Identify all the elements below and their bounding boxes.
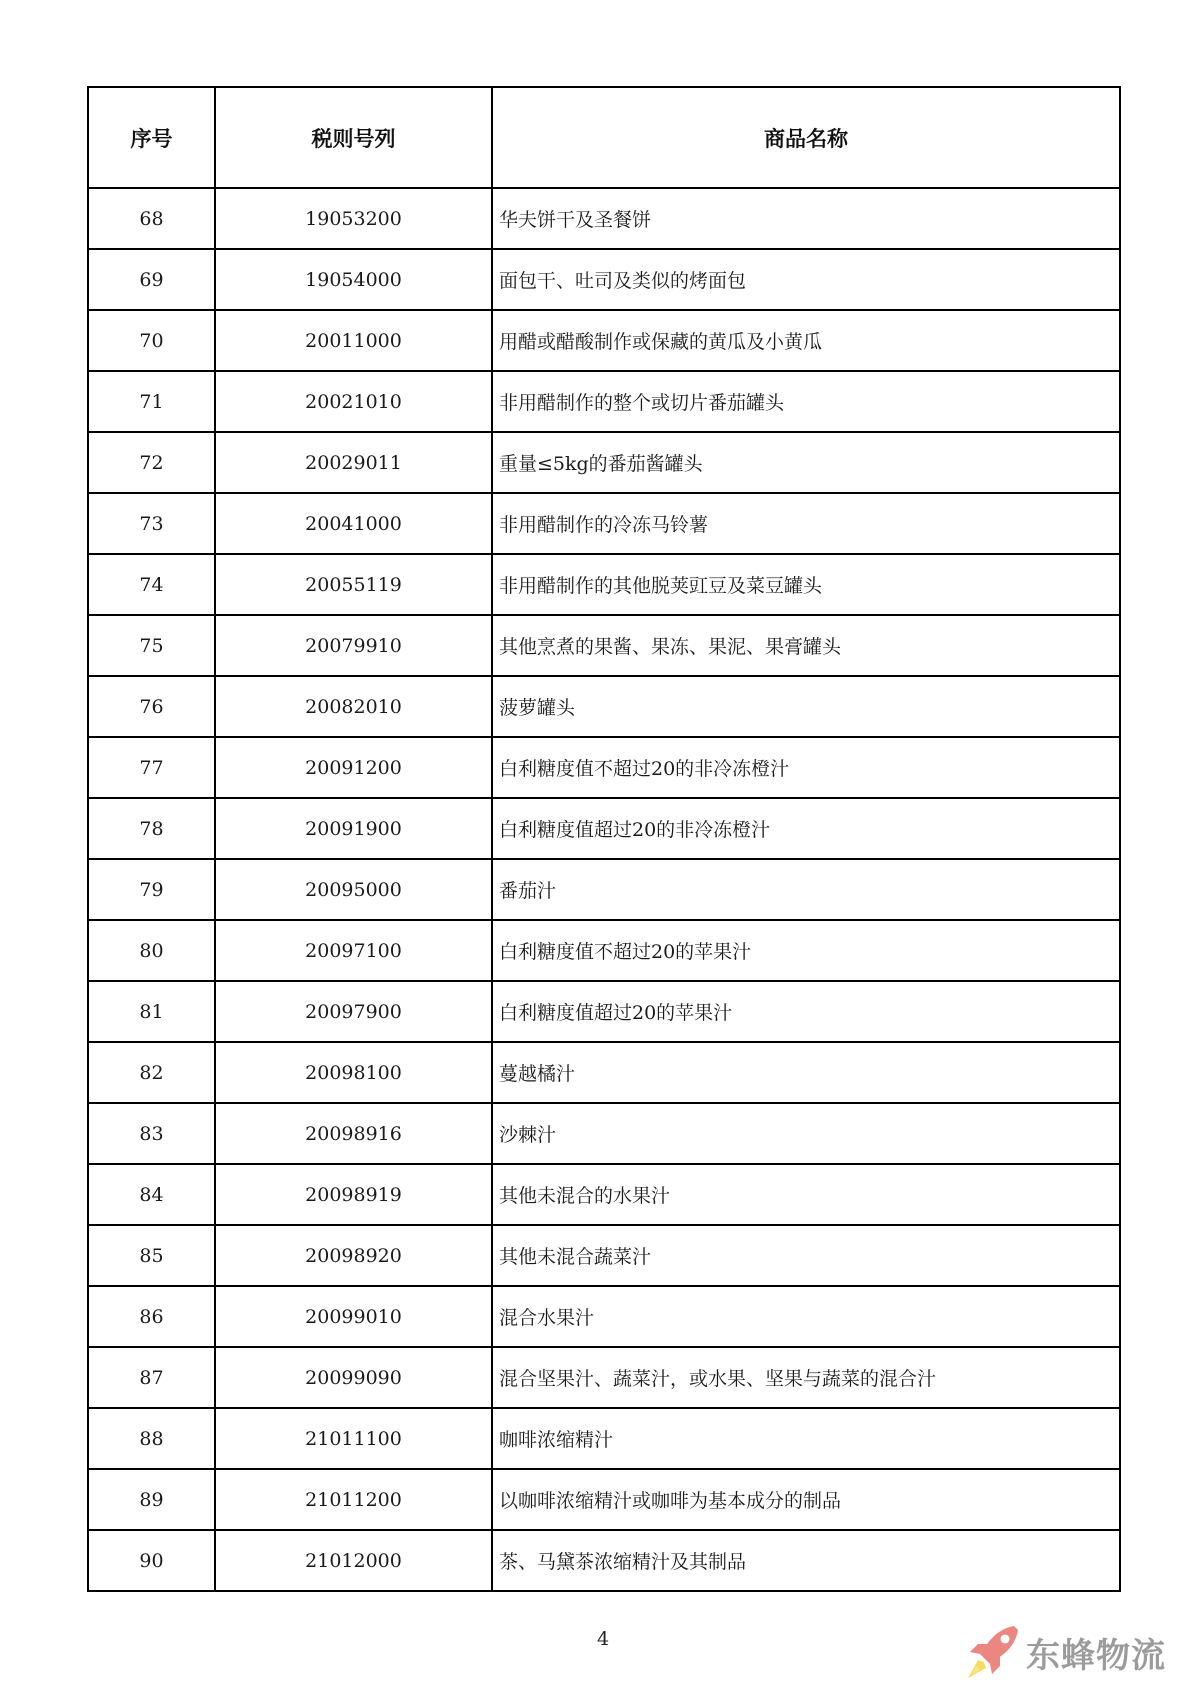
row-product-name: 非用醋制作的冷冻马铃薯: [492, 493, 1120, 554]
row-tariff-code: 20091200: [215, 737, 492, 798]
row-tariff-code: 20021010: [215, 371, 492, 432]
header-row: 序号 税则号列 商品名称: [88, 87, 1120, 188]
table-row: 7920095000番茄汁: [88, 859, 1120, 920]
table-row: 8120097900白利糖度值超过20的苹果汁: [88, 981, 1120, 1042]
table-row: 6919054000面包干、吐司及类似的烤面包: [88, 249, 1120, 310]
row-seq-number: 80: [88, 920, 215, 981]
header-tariff-code: 税则号列: [215, 87, 492, 188]
row-seq-number: 83: [88, 1103, 215, 1164]
row-seq-number: 87: [88, 1347, 215, 1408]
row-product-name: 白利糖度值超过20的非冷冻橙汁: [492, 798, 1120, 859]
watermark-logo: 东蜂物流: [962, 1622, 1166, 1682]
row-tariff-code: 20097900: [215, 981, 492, 1042]
row-seq-number: 85: [88, 1225, 215, 1286]
row-tariff-code: 20055119: [215, 554, 492, 615]
row-seq-number: 89: [88, 1469, 215, 1530]
row-seq-number: 73: [88, 493, 215, 554]
row-tariff-code: 20097100: [215, 920, 492, 981]
row-tariff-code: 19054000: [215, 249, 492, 310]
row-seq-number: 70: [88, 310, 215, 371]
row-product-name: 番茄汁: [492, 859, 1120, 920]
row-tariff-code: 20098916: [215, 1103, 492, 1164]
row-product-name: 茶、马黛茶浓缩精汁及其制品: [492, 1530, 1120, 1591]
row-product-name: 白利糖度值不超过20的非冷冻橙汁: [492, 737, 1120, 798]
row-tariff-code: 20098919: [215, 1164, 492, 1225]
row-seq-number: 90: [88, 1530, 215, 1591]
row-product-name: 华夫饼干及圣餐饼: [492, 188, 1120, 249]
row-product-name: 其他烹煮的果酱、果冻、果泥、果膏罐头: [492, 615, 1120, 676]
row-tariff-code: 20041000: [215, 493, 492, 554]
row-tariff-code: 21011200: [215, 1469, 492, 1530]
row-tariff-code: 20098100: [215, 1042, 492, 1103]
header-seq: 序号: [88, 87, 215, 188]
header-product-name: 商品名称: [492, 87, 1120, 188]
table-row: 8620099010混合水果汁: [88, 1286, 1120, 1347]
row-product-name: 蔓越橘汁: [492, 1042, 1120, 1103]
row-product-name: 其他未混合的水果汁: [492, 1164, 1120, 1225]
table-row: 8320098916沙棘汁: [88, 1103, 1120, 1164]
table-row: 7520079910其他烹煮的果酱、果冻、果泥、果膏罐头: [88, 615, 1120, 676]
row-product-name: 白利糖度值不超过20的苹果汁: [492, 920, 1120, 981]
table-row: 7220029011重量≤5kg的番茄酱罐头: [88, 432, 1120, 493]
row-seq-number: 68: [88, 188, 215, 249]
table-row: 8020097100白利糖度值不超过20的苹果汁: [88, 920, 1120, 981]
table-row: 9021012000茶、马黛茶浓缩精汁及其制品: [88, 1530, 1120, 1591]
table-row: 7420055119非用醋制作的其他脱荚豇豆及菜豆罐头: [88, 554, 1120, 615]
row-seq-number: 78: [88, 798, 215, 859]
row-product-name: 面包干、吐司及类似的烤面包: [492, 249, 1120, 310]
row-tariff-code: 20079910: [215, 615, 492, 676]
table-body: 6819053200华夫饼干及圣餐饼6919054000面包干、吐司及类似的烤面…: [88, 188, 1120, 1591]
row-seq-number: 76: [88, 676, 215, 737]
row-tariff-code: 21011100: [215, 1408, 492, 1469]
row-tariff-code: 20095000: [215, 859, 492, 920]
row-seq-number: 72: [88, 432, 215, 493]
row-tariff-code: 21012000: [215, 1530, 492, 1591]
row-seq-number: 74: [88, 554, 215, 615]
rocket-icon: [962, 1622, 1024, 1682]
row-seq-number: 77: [88, 737, 215, 798]
table-row: 8821011100咖啡浓缩精汁: [88, 1408, 1120, 1469]
row-tariff-code: 19053200: [215, 188, 492, 249]
row-tariff-code: 20011000: [215, 310, 492, 371]
table-row: 7620082010菠萝罐头: [88, 676, 1120, 737]
table-row: 8921011200以咖啡浓缩精汁或咖啡为基本成分的制品: [88, 1469, 1120, 1530]
row-seq-number: 79: [88, 859, 215, 920]
row-product-name: 沙棘汁: [492, 1103, 1120, 1164]
row-seq-number: 69: [88, 249, 215, 310]
table-row: 8720099090混合坚果汁、蔬菜汁，或水果、坚果与蔬菜的混合汁: [88, 1347, 1120, 1408]
table-row: 7320041000非用醋制作的冷冻马铃薯: [88, 493, 1120, 554]
row-product-name: 非用醋制作的整个或切片番茄罐头: [492, 371, 1120, 432]
table-row: 7720091200白利糖度值不超过20的非冷冻橙汁: [88, 737, 1120, 798]
row-seq-number: 84: [88, 1164, 215, 1225]
row-product-name: 以咖啡浓缩精汁或咖啡为基本成分的制品: [492, 1469, 1120, 1530]
table-row: 7020011000用醋或醋酸制作或保藏的黄瓜及小黄瓜: [88, 310, 1120, 371]
row-product-name: 咖啡浓缩精汁: [492, 1408, 1120, 1469]
row-tariff-code: 20098920: [215, 1225, 492, 1286]
tariff-table: 序号 税则号列 商品名称 6819053200华夫饼干及圣餐饼691905400…: [87, 86, 1121, 1592]
row-seq-number: 81: [88, 981, 215, 1042]
row-seq-number: 86: [88, 1286, 215, 1347]
table-row: 7120021010非用醋制作的整个或切片番茄罐头: [88, 371, 1120, 432]
row-product-name: 非用醋制作的其他脱荚豇豆及菜豆罐头: [492, 554, 1120, 615]
row-seq-number: 82: [88, 1042, 215, 1103]
table-header: 序号 税则号列 商品名称: [88, 87, 1120, 188]
row-tariff-code: 20091900: [215, 798, 492, 859]
row-seq-number: 88: [88, 1408, 215, 1469]
table-row: 6819053200华夫饼干及圣餐饼: [88, 188, 1120, 249]
row-product-name: 其他未混合蔬菜汁: [492, 1225, 1120, 1286]
row-tariff-code: 20082010: [215, 676, 492, 737]
table-row: 7820091900白利糖度值超过20的非冷冻橙汁: [88, 798, 1120, 859]
table-row: 8520098920其他未混合蔬菜汁: [88, 1225, 1120, 1286]
row-product-name: 白利糖度值超过20的苹果汁: [492, 981, 1120, 1042]
row-product-name: 菠萝罐头: [492, 676, 1120, 737]
row-tariff-code: 20099010: [215, 1286, 492, 1347]
row-tariff-code: 20029011: [215, 432, 492, 493]
table-row: 8420098919其他未混合的水果汁: [88, 1164, 1120, 1225]
row-seq-number: 75: [88, 615, 215, 676]
table-row: 8220098100蔓越橘汁: [88, 1042, 1120, 1103]
watermark-text: 东蜂物流: [1026, 1628, 1166, 1677]
row-product-name: 重量≤5kg的番茄酱罐头: [492, 432, 1120, 493]
row-tariff-code: 20099090: [215, 1347, 492, 1408]
row-product-name: 用醋或醋酸制作或保藏的黄瓜及小黄瓜: [492, 310, 1120, 371]
row-seq-number: 71: [88, 371, 215, 432]
row-product-name: 混合水果汁: [492, 1286, 1120, 1347]
row-product-name: 混合坚果汁、蔬菜汁，或水果、坚果与蔬菜的混合汁: [492, 1347, 1120, 1408]
